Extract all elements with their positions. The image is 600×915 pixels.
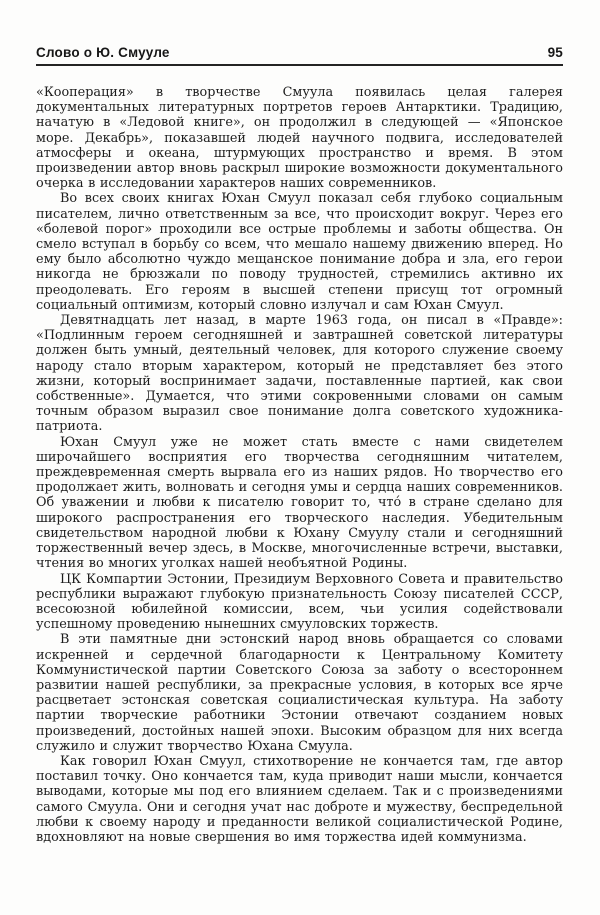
page-number: 95 — [548, 45, 563, 60]
page-body: «Кооперация» в творчестве Смуула появила… — [36, 85, 563, 845]
running-header-title: Слово о Ю. Смууле — [36, 45, 170, 60]
paragraph: Во всех своих книгах Юхан Смуул показал … — [36, 191, 563, 313]
book-page: Слово о Ю. Смууле 95 «Кооперация» в твор… — [0, 0, 600, 915]
page-header: Слово о Ю. Смууле 95 — [36, 45, 563, 64]
paragraph: Как говорил Юхан Смуул, стихотворение не… — [36, 754, 563, 845]
paragraph: «Кооперация» в творчестве Смуула появила… — [36, 85, 563, 191]
header-rule — [36, 64, 563, 66]
paragraph: Юхан Смуул уже не может стать вместе с н… — [36, 435, 563, 572]
paragraph: ЦК Компартии Эстонии, Президиум Верховно… — [36, 572, 563, 633]
paragraph: Девятнадцать лет назад, в марте 1963 год… — [36, 313, 563, 435]
paragraph: В эти памятные дни эстонский народ вновь… — [36, 632, 563, 754]
